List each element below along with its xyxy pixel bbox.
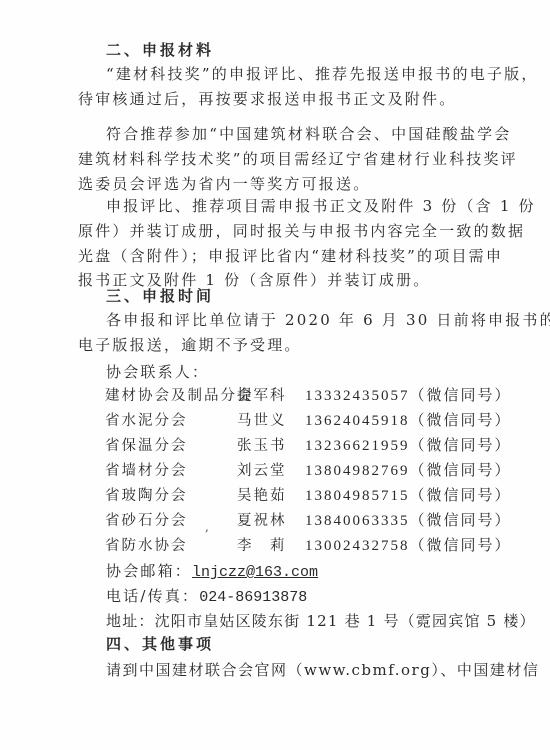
wechat-note: （微信同号） <box>410 388 512 404</box>
paragraph-line: 建筑材料科学技术奖”的项目需经辽宁省建材行业科技奖评 <box>78 149 518 169</box>
contact-row: 建材协会及制品分会 提军科 13332435057（微信同号） <box>0 386 550 406</box>
phone-number: 13804982769 <box>305 463 410 479</box>
contact-row: 省保温分会 张玉书 13236621959（微信同号） <box>0 436 550 456</box>
phone-number: 13804985715 <box>305 488 410 504</box>
section-heading-materials: 二、申报材料 <box>106 40 214 60</box>
contact-phone: 13804982769（微信同号） <box>305 461 512 481</box>
paragraph-line: 光盘（含附件）；申报评比省内“建材科技奖”的项目需申 <box>78 246 503 266</box>
phone-number: 13840063335 <box>305 513 410 529</box>
email-line: 协会邮箱：lnjczz@163.com <box>106 561 318 583</box>
contact-row: 省砂石分会 夏祝林 13840063335（微信同号） <box>0 511 550 531</box>
contact-row: 省墙材分会 刘云堂 13804982769（微信同号） <box>0 461 550 481</box>
contact-phone: 13236621959（微信同号） <box>305 436 512 456</box>
wechat-note: （微信同号） <box>410 438 512 454</box>
paragraph-line: 符合推荐参加“中国建筑材料联合会、中国硅酸盐学会 <box>106 124 511 144</box>
document-page: 二、申报材料 “建材科技奖”的申报评比、推荐先报送申报书的电子版， 待审核通过后… <box>0 0 550 750</box>
contact-name: 吴艳茹 <box>237 486 287 506</box>
phone-fax-line: 电话/传真：024-86913878 <box>106 586 307 608</box>
paragraph-line: 请到中国建材联合会官网（www.cbmf.org）、中国建材信 <box>106 660 539 680</box>
contact-org: 省防水协会 <box>105 536 188 556</box>
contact-phone: 13624045918（微信同号） <box>305 411 512 431</box>
contact-name: 马世义 <box>237 411 287 431</box>
wechat-note: （微信同号） <box>410 538 512 554</box>
contact-name: 夏祝林 <box>237 511 287 531</box>
contact-name: 刘云堂 <box>237 461 287 481</box>
contact-row: 省水泥分会 马世义 13624045918（微信同号） <box>0 411 550 431</box>
paragraph-line: 原件）并装订成册，同时报关与申报书内容完全一致的数据 <box>78 221 525 241</box>
paragraph-line: 待审核通过后，再按要求报送申报书正文及附件。 <box>78 89 456 109</box>
contact-org: 建材协会及制品分会 <box>105 386 254 406</box>
contact-org: 省水泥分会 <box>105 411 188 431</box>
paragraph-line: “建材科技奖”的申报评比、推荐先报送申报书的电子版， <box>106 64 539 84</box>
contacts-label: 协会联系人： <box>106 362 209 382</box>
phone-number: 13002432758 <box>305 538 410 554</box>
contact-org: 省玻陶分会 <box>105 486 188 506</box>
contact-phone: 13804985715（微信同号） <box>305 486 512 506</box>
contact-row: 省玻陶分会 吴艳茹 13804985715（微信同号） <box>0 486 550 506</box>
contact-phone: 13840063335（微信同号） <box>305 511 512 531</box>
paragraph-line: 电子版报送，逾期不予受理。 <box>78 335 302 355</box>
section-heading-schedule: 三、申报时间 <box>106 286 214 306</box>
phone-number: 13624045918 <box>305 413 410 429</box>
contact-phone: 13332435057（微信同号） <box>305 386 512 406</box>
address-value: 沈阳市皇姑区陵东街 121 巷 1 号（霓园宾馆 5 楼） <box>155 612 536 630</box>
wechat-note: （微信同号） <box>410 463 512 479</box>
wechat-note: （微信同号） <box>410 413 512 429</box>
wechat-note: （微信同号） <box>410 488 512 504</box>
contact-name: 提军科 <box>237 386 287 406</box>
address-label: 地址： <box>106 612 155 630</box>
phone-number: 13332435057 <box>305 388 410 404</box>
contact-name: 李 莉 <box>237 536 287 556</box>
contact-phone: 13002432758（微信同号） <box>305 536 512 556</box>
paragraph-line: 各申报和评比单位请于 2020 年 6 月 30 日前将申报书的 <box>106 310 550 330</box>
email-label: 协会邮箱： <box>106 562 192 580</box>
contact-name: 张玉书 <box>237 436 287 456</box>
contact-org: 省砂石分会 <box>105 511 188 531</box>
contact-row: 省防水协会 李 莉 13002432758（微信同号） <box>0 536 550 556</box>
section-heading-other: 四、其他事项 <box>106 634 214 654</box>
phone-number: 13236621959 <box>305 438 410 454</box>
phone-fax-label: 电话/传真： <box>106 587 199 605</box>
paragraph-line: 申报评比、推荐项目需申报书正文及附件 3 份（含 1 份 <box>106 196 536 216</box>
phone-fax-value: 024-86913878 <box>199 589 307 606</box>
wechat-note: （微信同号） <box>410 513 512 529</box>
contact-org: 省墙材分会 <box>105 461 188 481</box>
address-line: 地址：沈阳市皇姑区陵东街 121 巷 1 号（霓园宾馆 5 楼） <box>106 611 536 631</box>
email-link[interactable]: lnjczz@163.com <box>192 564 318 581</box>
paragraph-line: 选委员会评选为省内一等奖方可报送。 <box>78 174 370 194</box>
stray-mark: , <box>205 520 209 534</box>
contact-org: 省保温分会 <box>105 436 188 456</box>
